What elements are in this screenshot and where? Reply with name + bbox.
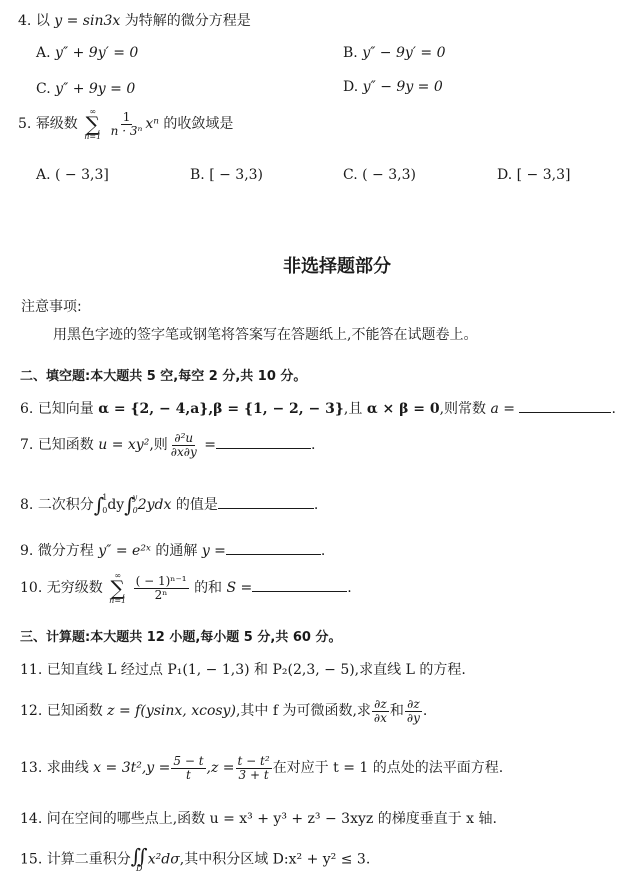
question-number: 6. — [20, 401, 33, 417]
question-number: 15. — [20, 852, 42, 868]
denominator: 3 + t — [237, 769, 271, 782]
question-number: 13. — [20, 760, 42, 776]
y-lhs: ,y = — [142, 760, 171, 776]
stem-text: ,则 — [149, 437, 167, 453]
option-b: B. [ − 3,3) — [190, 167, 263, 183]
stem-text: 二次积分 — [38, 497, 94, 513]
option-a: A. y″ + 9y′ = 0 — [36, 45, 138, 61]
question-13: 13. 求曲线 x = 3t²,y =5 − tt,z =t − t²3 + t… — [20, 755, 503, 781]
sigma-symbol: ∑ — [86, 115, 100, 133]
option-label: C. — [343, 167, 358, 183]
numerator: ∂z — [372, 698, 389, 712]
question-number: 11. — [20, 662, 42, 678]
option-label: A. — [36, 45, 51, 61]
equals: = — [204, 437, 216, 453]
z-fraction: t − t²3 + t — [236, 755, 272, 781]
question-6: 6. 已知向量 α = {2, − 4,a},β = {1, − 2, − 3}… — [20, 398, 616, 418]
partial-derivative: ∂²u∂x∂y — [169, 432, 199, 458]
answer-blank[interactable] — [216, 436, 311, 449]
option-text: [ − 3,3) — [209, 167, 263, 183]
integrand: x²dσ — [148, 852, 180, 868]
question-11: 11. 已知直线 L 经过点 P₁(1, − 1,3) 和 P₂(2,3, − … — [20, 659, 466, 679]
option-label: B. — [190, 167, 205, 183]
question-8: 8. 二次积分∫10dy∫y02ydx 的值是. — [20, 492, 318, 518]
section-3-heading: 三、计算题:本大题共 12 小题,每小题 5 分,共 60 分。 — [20, 626, 341, 645]
section-2-heading: 二、填空题:本大题共 5 空,每空 2 分,共 10 分。 — [20, 365, 306, 384]
option-text: y″ − 9y = 0 — [363, 79, 443, 95]
question-number: 8. — [20, 497, 33, 513]
partial-derivative-y: ∂z∂y — [405, 698, 422, 724]
stem-text: ,其中 f 为可微函数,求 — [236, 703, 371, 719]
stem-text: 已知向量 — [38, 401, 94, 417]
question-number: 9. — [20, 543, 33, 559]
variable: S = — [227, 580, 253, 596]
numerator: 5 − t — [171, 755, 205, 769]
question-10: 10. 无穷级数 ∞ ∑ n=1 ( − 1)ⁿ⁻¹2ⁿ 的和 S =. — [20, 572, 352, 604]
denominator: t — [184, 769, 193, 782]
stem-text: ,且 — [344, 401, 362, 417]
sum-lower: n=1 — [109, 597, 126, 604]
stem-text: 已知直线 L 经过点 P₁(1, − 1,3) 和 P₂(2,3, − 5),求… — [47, 662, 466, 678]
stem-text: 求曲线 — [47, 760, 89, 776]
question-4-stem: 4. 以 y = sin3x 为特解的微分方程是 — [18, 10, 251, 30]
option-text: y″ + 9y′ = 0 — [55, 45, 138, 61]
cross-product: α × β = 0 — [367, 401, 440, 417]
option-label: C. — [36, 81, 51, 97]
x-equation: x = 3t² — [93, 760, 142, 776]
option-text: y″ − 9y′ = 0 — [362, 45, 445, 61]
question-7: 7. 已知函数 u = xy²,则∂²u∂x∂y =. — [20, 432, 315, 458]
y-fraction: 5 − tt — [171, 755, 205, 781]
question-14: 14. 问在空间的哪些点上,函数 u = x³ + y³ + z³ − 3xyz… — [20, 808, 497, 828]
denominator: n · 3ⁿ — [109, 125, 145, 138]
stem-text: 微分方程 — [38, 543, 94, 559]
sigma-symbol: ∑ — [111, 579, 125, 597]
option-b: B. y″ − 9y′ = 0 — [343, 45, 446, 61]
stem-text: 计算二重积分 — [47, 852, 131, 868]
numerator: t − t² — [236, 755, 272, 769]
variable: y = — [202, 543, 226, 559]
question-number: 14. — [20, 811, 42, 827]
option-label: A. — [36, 167, 51, 183]
question-number: 4. — [18, 13, 31, 29]
variable: a = — [491, 401, 516, 417]
z-lhs: ,z = — [207, 760, 235, 776]
stem-text: 的和 — [194, 580, 222, 596]
denominator: ∂y — [405, 712, 422, 725]
stem-text: ,则常数 — [440, 401, 486, 417]
differential: dy — [107, 497, 124, 513]
numerator: ∂²u — [172, 432, 195, 446]
question-number: 5. — [18, 116, 31, 132]
stem-text: 的通解 — [155, 543, 197, 559]
double-integral: ∬D — [131, 847, 148, 872]
option-label: B. — [343, 45, 358, 61]
option-text: y″ + 9y = 0 — [55, 81, 135, 97]
numerator: ( − 1)ⁿ⁻¹ — [134, 575, 189, 589]
option-d: D. [ − 3,3] — [497, 167, 570, 183]
option-d: D. y″ − 9y = 0 — [343, 79, 443, 95]
notice-label: 注意事项: — [21, 296, 82, 316]
denominator: 2ⁿ — [153, 589, 170, 602]
answer-blank[interactable] — [226, 542, 321, 555]
conjunction: 和 — [390, 703, 404, 719]
question-number: 10. — [20, 580, 42, 596]
option-c: C. y″ + 9y = 0 — [36, 81, 135, 97]
double-integral-symbol: ∬ — [131, 847, 148, 865]
denominator: ∂x — [372, 712, 389, 725]
summation: ∞ ∑ n=1 — [109, 572, 126, 604]
fraction: 1 n · 3ⁿ — [109, 111, 145, 137]
question-9: 9. 微分方程 y″ = e²ˣ 的通解 y =. — [20, 540, 325, 560]
stem-text: 幂级数 — [36, 116, 78, 132]
vector-beta: ,β = {1, − 2, − 3} — [208, 401, 344, 417]
option-a: A. ( − 3,3] — [36, 167, 109, 183]
option-label: D. — [497, 167, 512, 183]
stem-text: 的值是 — [176, 497, 218, 513]
function-expression: z = f(ysinx, xcosy) — [107, 703, 236, 719]
numerator: ∂z — [405, 698, 422, 712]
vector-alpha: α = {2, − 4,a} — [98, 401, 208, 417]
question-12: 12. 已知函数 z = f(ysinx, xcosy),其中 f 为可微函数,… — [20, 698, 427, 724]
sum-lower: n=1 — [84, 133, 101, 140]
function-expression: u = xy² — [98, 437, 149, 453]
option-text: [ − 3,3] — [517, 167, 571, 183]
question-5-stem: 5. 幂级数 ∞ ∑ n=1 1 n · 3ⁿ xⁿ 的收敛域是 — [18, 108, 233, 140]
summation: ∞ ∑ n=1 — [84, 108, 101, 140]
stem-text: 以 — [36, 13, 50, 29]
stem-text: 问在空间的哪些点上,函数 u = x³ + y³ + z³ − 3xyz 的梯度… — [47, 811, 497, 827]
integrand: 2ydx — [138, 497, 172, 513]
option-text: ( − 3,3) — [362, 167, 416, 183]
stem-text: 已知函数 — [47, 703, 103, 719]
question-15: 15. 计算二重积分∬Dx²dσ,其中积分区域 D:x² + y² ≤ 3. — [20, 847, 370, 872]
numerator: 1 — [121, 111, 133, 125]
denominator: ∂x∂y — [169, 446, 199, 459]
equation: y″ = e²ˣ — [98, 543, 151, 559]
stem-text: 已知函数 — [38, 437, 94, 453]
punctuation: . — [423, 703, 427, 719]
option-text: ( − 3,3] — [55, 167, 109, 183]
option-label: D. — [343, 79, 358, 95]
option-c: C. ( − 3,3) — [343, 167, 416, 183]
stem-text: 为特解的微分方程是 — [125, 13, 251, 29]
integral-region: D — [136, 865, 142, 872]
stem-text: 在对应于 t = 1 的点处的法平面方程. — [273, 760, 504, 776]
answer-blank[interactable] — [218, 496, 314, 509]
question-number: 12. — [20, 703, 42, 719]
answer-blank[interactable] — [252, 579, 347, 592]
answer-blank[interactable] — [519, 400, 611, 413]
math-expression: y = sin3x — [54, 13, 120, 29]
fraction: ( − 1)ⁿ⁻¹2ⁿ — [134, 575, 189, 601]
stem-text: ,其中积分区域 D:x² + y² ≤ 3. — [180, 852, 371, 868]
term: xⁿ — [145, 116, 159, 132]
question-number: 7. — [20, 437, 33, 453]
stem-text: 的收敛域是 — [163, 116, 233, 132]
stem-text: 无穷级数 — [47, 580, 103, 596]
part-title: 非选择题部分 — [283, 252, 391, 278]
partial-derivative-x: ∂z∂x — [372, 698, 389, 724]
notice-text: 用黑色字迹的签字笔或钢笔将答案写在答题纸上,不能答在试题卷上。 — [53, 324, 477, 344]
